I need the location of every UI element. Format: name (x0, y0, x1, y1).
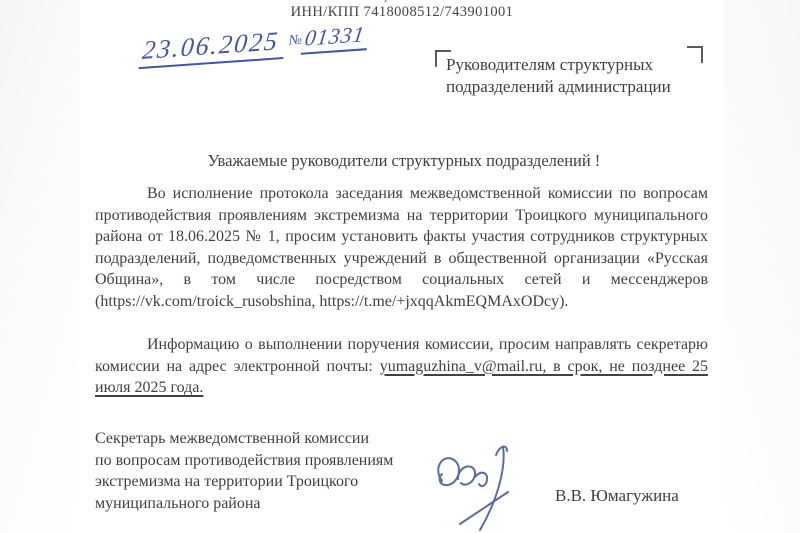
signatory-name: В.В. Юмагужина (555, 486, 679, 506)
signatory-title-line-4: муниципального района (95, 493, 393, 515)
recipient-block: Руководителям структурных подразделений … (435, 46, 703, 102)
photo-edge-left (0, 0, 80, 533)
signatory-title-line-2: по вопросам противодействия проявлениям (95, 450, 393, 472)
salutation: Уважаемые руководители структурных подра… (95, 151, 713, 171)
handwritten-signature (428, 437, 528, 533)
address-corner-bracket-right (687, 46, 703, 63)
body-paragraph-2: Информацию о выполнении поручения комисс… (95, 334, 708, 399)
handwritten-outgoing-number: 01331 (301, 21, 371, 55)
recipient-line-2: подразделений администрации (446, 76, 671, 98)
handwritten-date: 23.06.2025 (139, 26, 287, 69)
signatory-title: Секретарь межведомственной комиссии по в… (95, 428, 393, 514)
body-paragraph-1-text: Во исполнение протокола заседания межвед… (95, 185, 708, 310)
handwritten-registration-stamp: 23.06.2025№01331 (139, 20, 370, 69)
recipient-line-1: Руководителям структурных (446, 54, 671, 76)
recipient-text: Руководителям структурных подразделений … (446, 54, 671, 98)
signatory-title-line-1: Секретарь межведомственной комиссии (95, 428, 393, 450)
photo-edge-right (724, 0, 800, 533)
body-paragraph-1: Во исполнение протокола заседания межвед… (95, 183, 708, 312)
signatory-title-line-3: экстремизма на территории Троицкого (95, 471, 393, 493)
scanned-letter-page: ОКАТО 42257042, ОГРН 1027401908586 ИНН/К… (0, 0, 800, 533)
number-sign: № (288, 33, 302, 50)
letterhead-inn-kpp: ИНН/КПП 7418008512/743901001 (80, 4, 724, 21)
